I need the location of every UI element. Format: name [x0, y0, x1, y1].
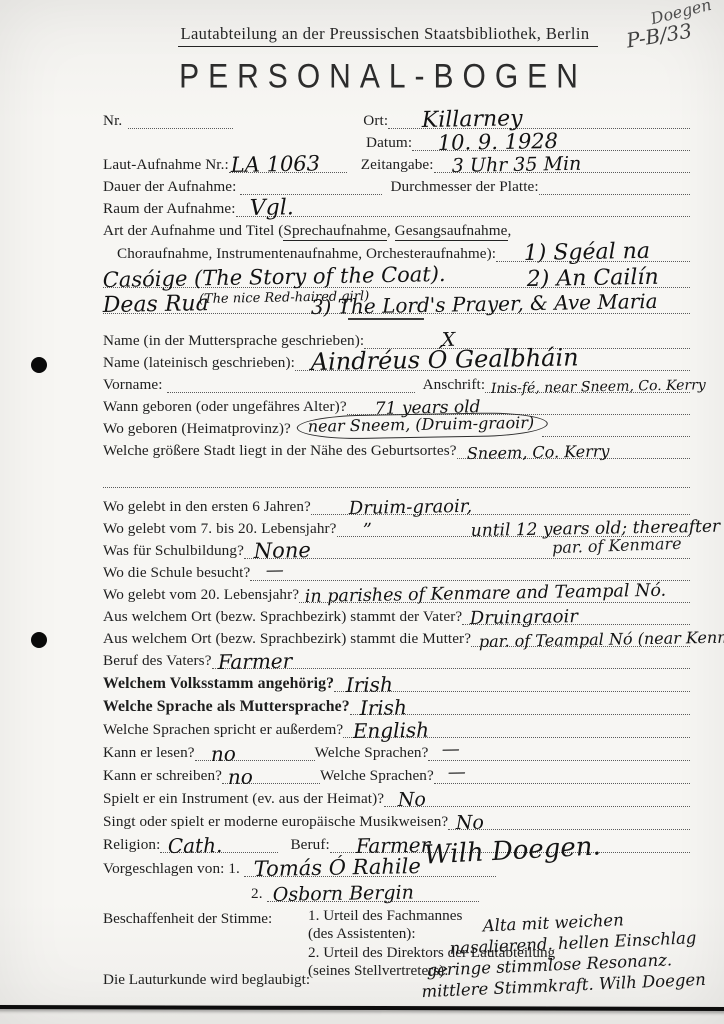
- row-father-origin: Aus welchem Ort (bezw. Sprachbezirk) sta…: [103, 605, 690, 625]
- title-2a: Casóige (The Story of the Coat).: [103, 264, 446, 291]
- row-born-when: Wann geboren (oder ungefähres Alter)? 71…: [103, 395, 690, 415]
- vorname-label: Vorname:: [103, 376, 163, 393]
- volksstamm-input-line: Irish: [334, 677, 690, 692]
- art-label-pre: Art der Aufnahme und Titel (: [103, 222, 283, 239]
- ort-label: Ort:: [363, 112, 388, 129]
- row-mother-tongue: Welche Sprache als Muttersprache? Irish: [103, 695, 690, 715]
- nearest-city-input-line: Sneem, Co. Kerry: [457, 444, 690, 459]
- nearest-city-label: Welche größere Stadt liegt in der Nähe d…: [103, 442, 457, 459]
- zeit-label: Zeitangabe:: [361, 156, 434, 173]
- mother-origin-label: Aus welchem Ort (bezw. Sprachbezirk) sta…: [103, 630, 471, 647]
- title-3a: Deas Rua: [103, 293, 209, 317]
- instrument-input-line: No: [384, 792, 690, 807]
- row-dauer-durchmesser: Dauer der Aufnahme: Durchmesser der Plat…: [103, 175, 690, 195]
- schooling-label: Was für Schulbildung?: [103, 542, 244, 559]
- row-name-latin: Name (lateinisch geschrieben): Aindréus …: [103, 351, 690, 371]
- can-write-input-line: no: [222, 769, 320, 784]
- zeit-value: 3 Uhr 35 Min: [451, 155, 581, 176]
- read-which-label: Welche Sprachen?: [315, 744, 429, 761]
- mother-origin-value: par. of Teampal Nó (near Kenmare): [479, 629, 724, 650]
- durchmesser-label: Durchmesser der Platte:: [390, 178, 538, 195]
- other-languages-label: Welche Sprachen spricht er außerdem?: [103, 721, 343, 738]
- can-read-value: no: [210, 744, 235, 764]
- row-volksstamm: Welchem Volksstamm angehörig? Irish: [103, 672, 690, 692]
- director-judgment-handwriting: Alta mit weichen nasalierend. hellen Ein…: [418, 906, 706, 1002]
- can-read-label: Kann er lesen?: [103, 744, 195, 761]
- org-header: Lautabteilung an der Preussischen Staats…: [0, 0, 724, 47]
- modern-music-value: No: [456, 814, 484, 833]
- can-write-label: Kann er schreiben?: [103, 767, 222, 784]
- born-where-value: near Sneem, (Druim-graoir): [296, 412, 548, 440]
- title-3b: 3) The Lord's Prayer, & Ave Maria: [311, 291, 658, 317]
- instrument-value: No: [398, 791, 426, 810]
- mother-tongue-label: Welche Sprache als Muttersprache?: [103, 698, 350, 715]
- write-which-label: Welche Sprachen?: [320, 767, 434, 784]
- form-title: PERSONAL-BOGEN: [0, 57, 724, 96]
- org-title: Lautabteilung an der Preussischen Staats…: [178, 24, 597, 47]
- born-where-input-line: [542, 422, 690, 437]
- row-aufnahmenr-zeit: Laut-Aufnahme Nr.: LA 1063 Zeitangabe: 3…: [103, 153, 690, 173]
- nr-label: Nr.: [103, 112, 122, 129]
- school-where-label: Wo die Schule besucht?: [103, 564, 250, 581]
- born-where-handwriting: near Sneem, (Druim-graoir): [296, 412, 548, 440]
- datum-label: Datum:: [366, 134, 412, 151]
- can-write-value: no: [228, 767, 253, 787]
- name-native-label: Name (in der Muttersprache geschrieben):: [103, 332, 364, 349]
- religion-value: Cath.: [168, 835, 223, 856]
- volksstamm-value: Irish: [346, 674, 393, 695]
- y7to20-label: Wo gelebt vom 7. bis 20. Lebensjahr?: [103, 520, 337, 537]
- nearest-city-value: Sneem, Co. Kerry: [466, 444, 609, 462]
- father-job-value: Farmer: [217, 651, 292, 672]
- from20-value: in parishes of Kenmare and Teampal Nó.: [305, 582, 667, 606]
- ort-value: Killarney: [422, 108, 523, 132]
- mother-tongue-value: Irish: [359, 697, 406, 718]
- zeit-input-line: 3 Uhr 35 Min: [434, 158, 690, 173]
- name-latin-label: Name (lateinisch geschrieben):: [103, 354, 295, 371]
- punch-hole-bottom: [31, 632, 47, 648]
- school-where-input-line: —: [250, 566, 690, 581]
- first6-input-line: Druim-graoir,: [311, 500, 690, 515]
- durchmesser-input-line: [539, 180, 690, 195]
- father-origin-value: Druingraoir: [470, 608, 578, 628]
- first6-value: Druim-graoir,: [349, 498, 473, 518]
- art-label-post: ,: [508, 222, 512, 239]
- from20-input-line: in parishes of Kenmare and Teampal Nó.: [299, 588, 690, 603]
- modern-music-label: Singt oder spielt er moderne europäische…: [103, 813, 448, 830]
- art-type2: Gesangsaufnahme: [395, 222, 508, 241]
- modern-music-input-line: No: [448, 815, 690, 830]
- row-titles-line2: Casóige (The Story of the Coat). 2) An C…: [103, 264, 690, 288]
- instrument-label: Spielt er ein Instrument (ev. aus der He…: [103, 790, 384, 807]
- row-instrument: Spielt er ein Instrument (ev. aus der He…: [103, 787, 690, 807]
- raum-label: Raum der Aufnahme:: [103, 200, 236, 217]
- father-origin-input-line: Druingraoir: [462, 610, 690, 625]
- born-where-label: Wo geboren (Heimatprovinz)?: [103, 420, 291, 437]
- row-titles-line3: Deas Rua (The nice Red-haired girl) 3) T…: [103, 290, 690, 314]
- name-latin-input-line: Aindréus Ó Gealbháin: [295, 356, 690, 371]
- art-type1: Sprechaufnahme: [283, 222, 386, 241]
- volksstamm-label: Welchem Volksstamm angehörig?: [103, 675, 334, 692]
- titles-input-line2: Casóige (The Story of the Coat). 2) An C…: [103, 273, 690, 288]
- certify-label: Die Lauturkunde wird beglaubigt:: [103, 971, 310, 989]
- row-vorname-anschrift: Vorname: Anschrift: Inis-fé, near Sneem,…: [103, 373, 690, 393]
- father-job-label: Beruf des Vaters?: [103, 652, 212, 669]
- father-job-input-line: Farmer: [212, 654, 690, 669]
- mother-tongue-input-line: Irish: [350, 700, 690, 715]
- titles-underline-rule: [348, 318, 424, 320]
- titles-input-line1: 1) Sgéal na: [496, 247, 690, 262]
- proposed-2-input-line: Osborn Bergin: [267, 887, 479, 902]
- anschrift-label: Anschrift:: [423, 376, 486, 393]
- stamp-shelfmark: P-B/33: [625, 15, 714, 52]
- row-father-job: Beruf des Vaters? Farmer: [103, 649, 690, 669]
- first6-label: Wo gelebt in den ersten 6 Jahren?: [103, 498, 311, 515]
- aufnahme-nr-value: LA 1063: [230, 153, 320, 176]
- row-proposed-1: Vorgeschlagen von: 1. Tomás Ó Rahile: [103, 857, 690, 877]
- write-which-input-line: —: [434, 769, 690, 784]
- row-school-where: Wo die Schule besucht? —: [103, 561, 690, 581]
- raum-input-line: Vgl.: [236, 202, 690, 217]
- punch-hole-top: [31, 357, 47, 373]
- blank-input-line: [103, 473, 690, 488]
- datum-value: 10. 9. 1928: [438, 131, 559, 154]
- art-label-line2: Choraufnahme, Instrumentenaufnahme, Orch…: [117, 245, 496, 262]
- name-latin-value: Aindréus Ó Gealbháin: [311, 345, 579, 374]
- row-art-line2: Choraufnahme, Instrumentenaufnahme, Orch…: [103, 242, 690, 262]
- ort-input-line: Killarney: [388, 114, 690, 129]
- datum-input-line: 10. 9. 1928: [412, 136, 690, 151]
- proposed-name-2: Osborn Bergin: [272, 884, 413, 905]
- scanned-personal-bogen-page: Doegen P-B/33 Lautabteilung an der Preus…: [0, 0, 724, 1024]
- row-modern-music: Singt oder spielt er moderne europäische…: [103, 810, 690, 830]
- other-languages-value: English: [353, 720, 430, 741]
- row-religion-beruf: Religion: Cath. Beruf: Farmer: [103, 833, 690, 853]
- proposed-name-1: Tomás Ó Rahile: [254, 856, 421, 880]
- row-art-line1: Art der Aufnahme und Titel (Sprechaufnah…: [103, 219, 690, 239]
- row-mother-origin: Aus welchem Ort (bezw. Sprachbezirk) sta…: [103, 627, 690, 647]
- row-other-languages: Welche Sprachen spricht er außerdem? Eng…: [103, 718, 690, 738]
- row-datum: Datum: 10. 9. 1928: [103, 131, 690, 151]
- art-label-mid: ,: [387, 222, 395, 239]
- title-1: 1) Sgéal na: [524, 241, 651, 265]
- proposed-label: Vorgeschlagen von: 1.: [103, 860, 240, 877]
- nr-input-line: [128, 114, 233, 129]
- y7to20-ditto: ”: [362, 522, 372, 540]
- anschrift-value: Inis-fé, near Sneem, Co. Kerry: [491, 378, 706, 396]
- aufnahme-nr-input-line: LA 1063: [229, 158, 347, 173]
- aufnahme-nr-label: Laut-Aufnahme Nr.:: [103, 156, 229, 173]
- proposed-num2-label: 2.: [251, 885, 263, 902]
- born-when-label: Wann geboren (oder ungefähres Alter)?: [103, 398, 347, 415]
- row-blank-line: [103, 468, 690, 488]
- row-y7to20: Wo gelebt vom 7. bis 20. Lebensjahr? ” u…: [103, 517, 690, 537]
- religion-input-line: Cath.: [160, 838, 278, 853]
- can-read-input-line: no: [195, 746, 315, 761]
- mother-origin-input-line: par. of Teampal Nó (near Kenmare): [471, 632, 690, 647]
- other-languages-input-line: English: [343, 723, 690, 738]
- from20-label: Wo gelebt vom 20. Lebensjahr?: [103, 586, 299, 603]
- read-which-input-line: —: [428, 746, 690, 761]
- title-2b: 2) An Cailín: [527, 267, 659, 291]
- father-origin-label: Aus welchem Ort (bezw. Sprachbezirk) sta…: [103, 608, 462, 625]
- raum-value: Vgl.: [249, 197, 293, 220]
- beruf-label: Beruf:: [290, 836, 329, 853]
- row-nearest-city: Welche größere Stadt liegt in der Nähe d…: [103, 439, 690, 459]
- beruf-value: Farmer: [355, 835, 430, 856]
- titles-input-line3: Deas Rua (The nice Red-haired girl) 3) T…: [103, 299, 690, 314]
- dauer-label: Dauer der Aufnahme:: [103, 178, 236, 195]
- dauer-input-line: [240, 180, 382, 195]
- row-proposed-2: 2. Osborn Bergin: [103, 882, 690, 902]
- art-label-line1: Art der Aufnahme und Titel (Sprechaufnah…: [103, 222, 511, 239]
- write-which-value: —: [448, 764, 466, 782]
- schooling-value: None: [254, 540, 311, 562]
- row-raum: Raum der Aufnahme: Vgl.: [103, 197, 690, 217]
- row-first6: Wo gelebt in den ersten 6 Jahren? Druim-…: [103, 495, 690, 515]
- row-born-where: Wo geboren (Heimatprovinz)? near Sneem, …: [103, 417, 690, 437]
- row-can-read: Kann er lesen? no Welche Sprachen? —: [103, 741, 690, 761]
- read-which-value: —: [442, 741, 460, 759]
- row-nr-ort: Nr. Ort: Killarney: [103, 109, 690, 129]
- row-from20: Wo gelebt vom 20. Lebensjahr? in parishe…: [103, 583, 690, 603]
- voice-section-label: Beschaffenheit der Stimme:: [103, 910, 272, 928]
- vorname-input-line: [167, 378, 415, 393]
- archive-stamp: Doegen P-B/33: [626, 2, 712, 46]
- school-where-value: —: [266, 562, 284, 580]
- row-can-write: Kann er schreiben? no Welche Sprachen? —: [103, 764, 690, 784]
- religion-label: Religion:: [103, 836, 160, 853]
- anschrift-input-line: Inis-fé, near Sneem, Co. Kerry: [485, 378, 690, 393]
